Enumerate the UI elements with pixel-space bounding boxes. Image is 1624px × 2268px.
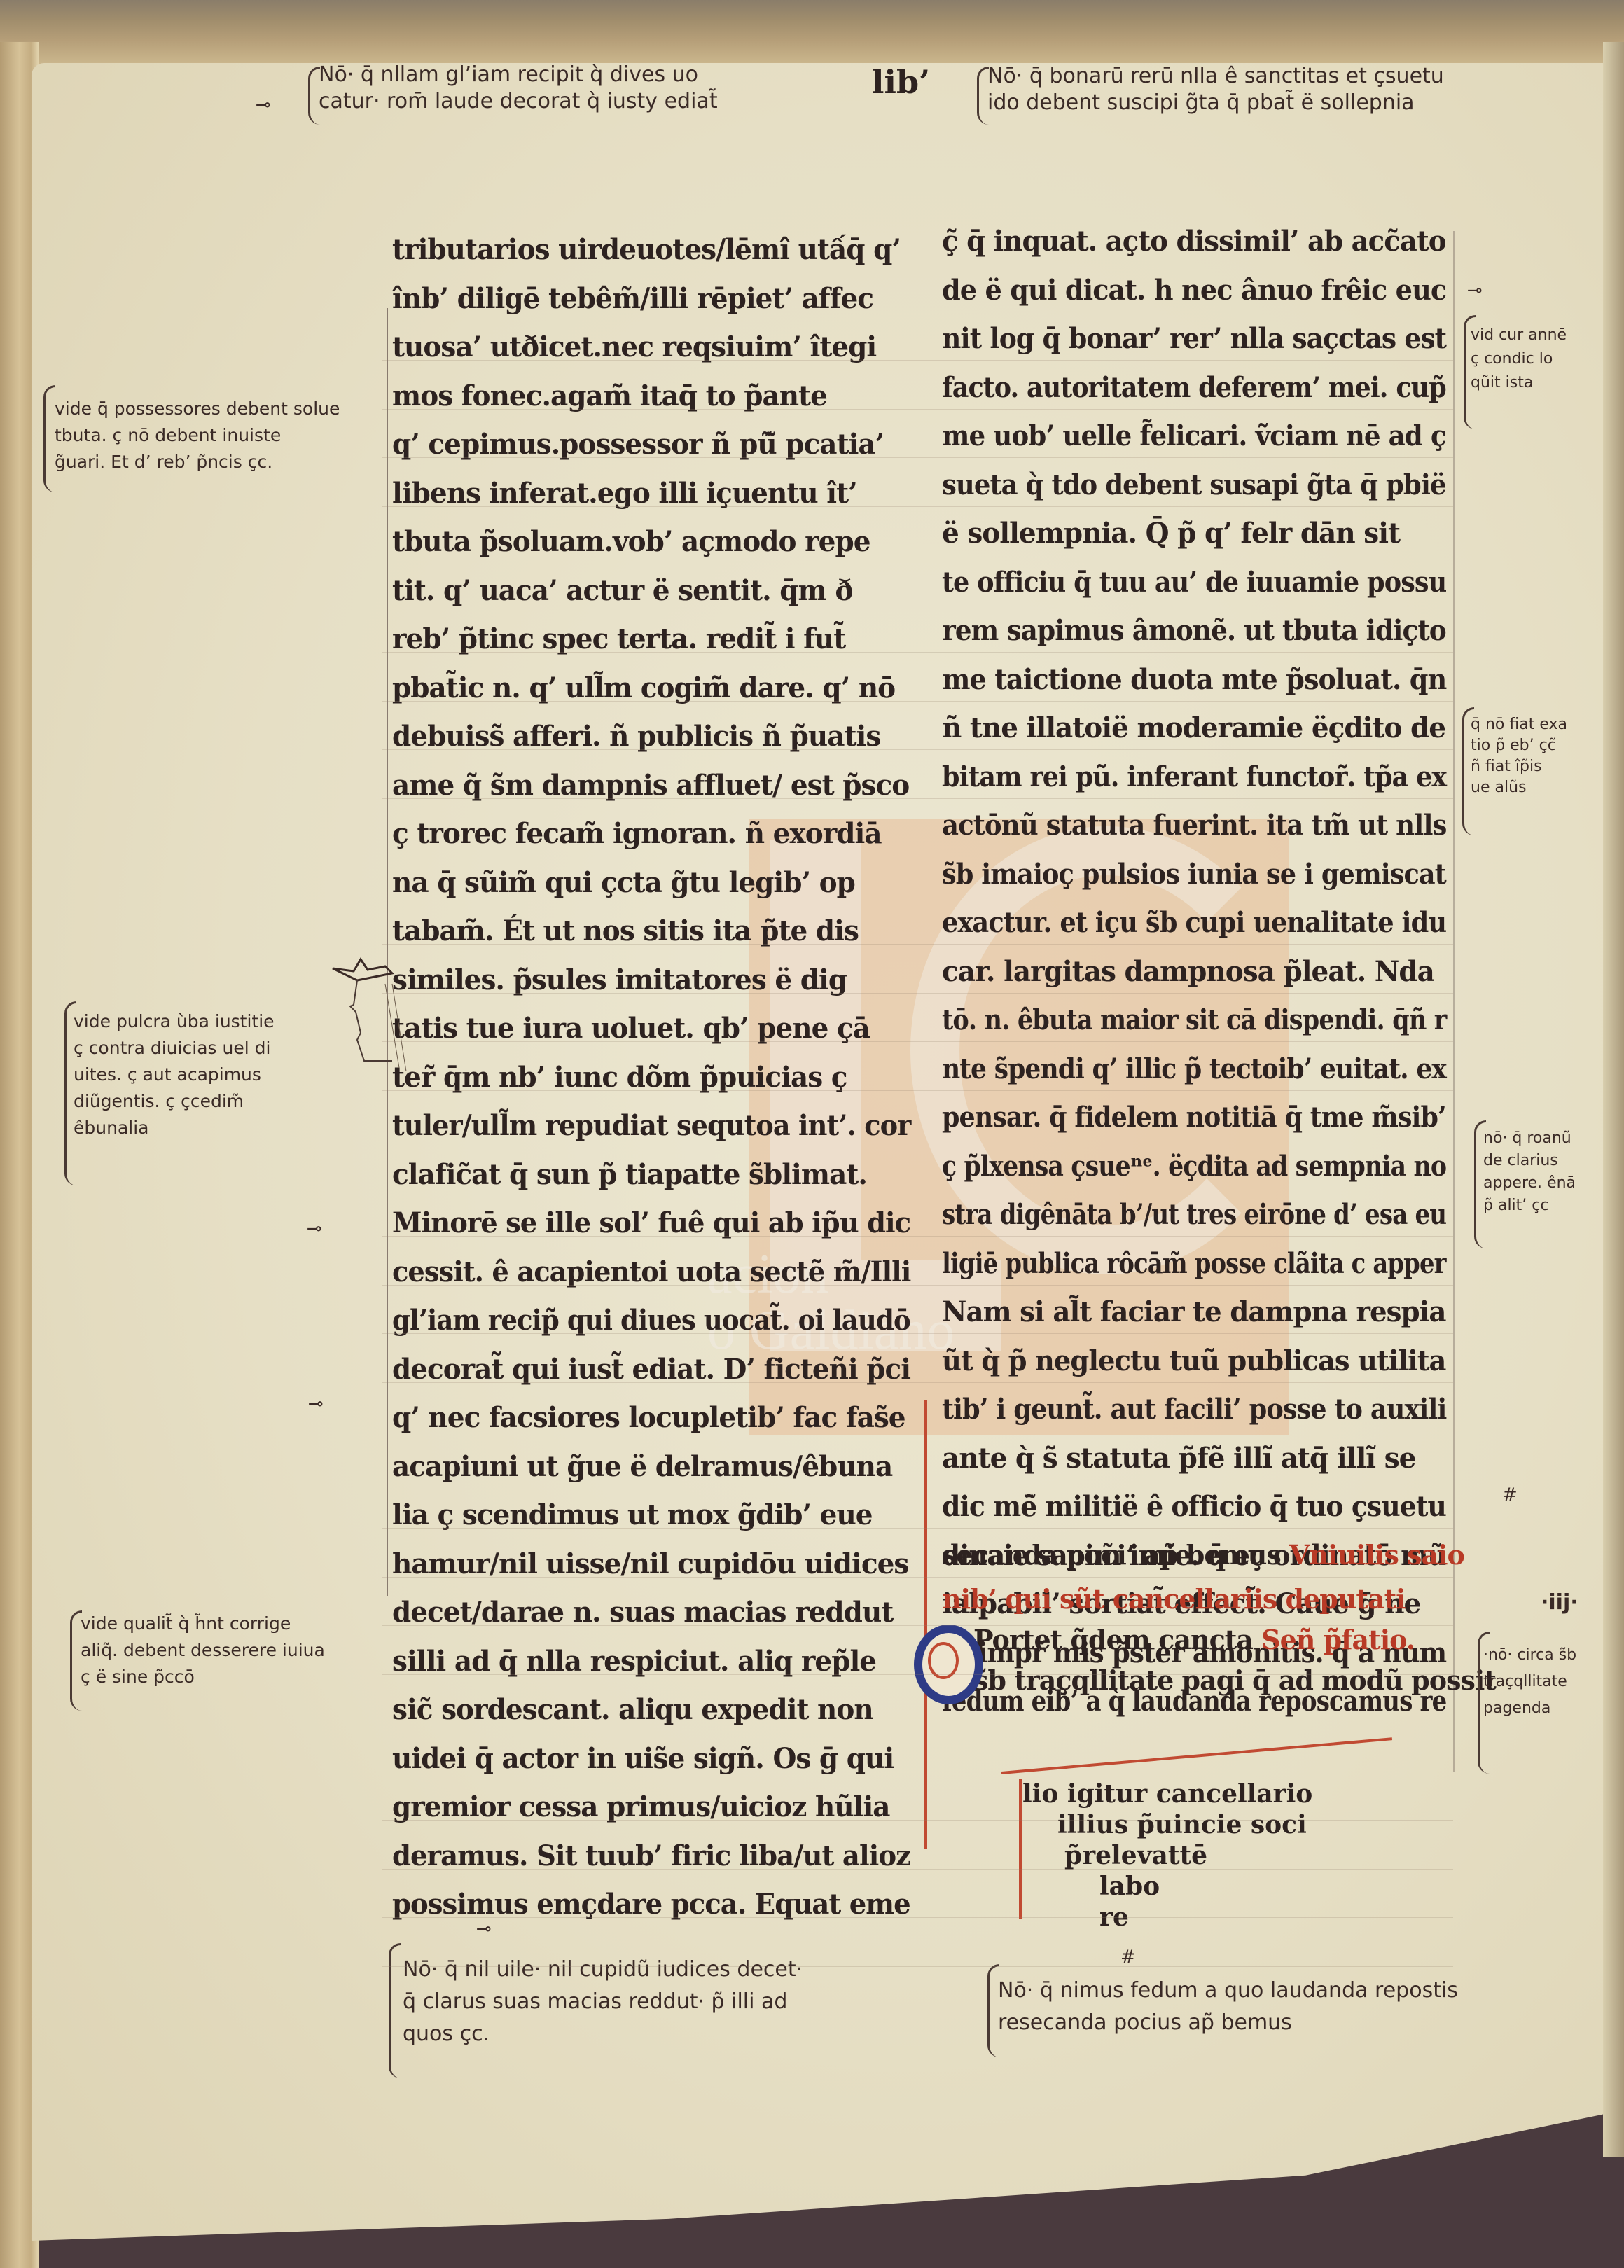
text-line: tributarios uirdeuotes/lēmî utấq̄ q’ — [392, 225, 910, 274]
text-line: gremior cessa primus/uicioz hũlia — [392, 1783, 910, 1832]
ruling-line — [382, 993, 1453, 994]
text-line: ter̃ q̄m nb’ iunc dõm p̃puicias ç — [392, 1053, 910, 1102]
text-line: ç̃ q̄ inquat. açto dissimil’ ab acc̃ato — [942, 217, 1443, 266]
pointer-mark: ⊸ — [476, 1919, 492, 1940]
text-line: ç p̃lxensa çsueⁿᵉ. ëçdita ad sempnia no — [942, 1142, 1392, 1191]
text-line: s̃b imaioç pulsios iunia se i gemiscat — [942, 850, 1417, 899]
ruling-line — [382, 798, 1453, 799]
crowned-head-sketch — [329, 956, 413, 1082]
text-line: possimus emçdare pcca. Equat eme — [392, 1880, 905, 1929]
margin-note-right-2: q̄ nō fiat exa tio p̃ eb’ çc̃ ñ fiat îp… — [1471, 714, 1567, 798]
text-line: decet/darae n. suas macias reddut — [392, 1588, 910, 1637]
text-line: pensar. q̄ fidelem notitiā q̄ tme m̃sib’ — [942, 1093, 1414, 1142]
text-line: rem sapimus âmonẽ. ut tbuta idiçto — [942, 606, 1427, 655]
ruling-line — [382, 749, 1453, 750]
top-note-right: Nō· q̄ bonarū rerū nlla ê sanctitas et ç… — [987, 63, 1444, 116]
ruling-line — [382, 555, 1453, 555]
text-line: hamur/nil uisse/nil cupidōu uidices — [392, 1540, 910, 1589]
text-line: reb’ p̃tinc spec terta. redit̃ i fut̃ — [392, 615, 910, 664]
ruling-line — [382, 1382, 1453, 1383]
text-line: dic mē̃ militië ê officio q̄ tuo çsuetu — [942, 1482, 1431, 1531]
text-line: ç trorec fecam̃ ignoran. ñ exordiā — [392, 809, 910, 858]
binding-edge-top — [0, 0, 1624, 67]
bottom-note-left: Nō· q̄ nil uile· nil cupidũ iudices dece… — [403, 1954, 803, 2050]
ruling-line — [382, 1674, 1453, 1675]
page-fore-edge — [1603, 42, 1624, 2157]
text-line: nte s̃pendi q’ illic p̃ tectoib’ euitat.… — [942, 1045, 1409, 1094]
pointer-mark: ⊸ — [307, 1218, 322, 1239]
text-line: ë sollempnia. Q̄ p̃ q’ felr dān sit — [942, 509, 1446, 558]
margin-note-right-1: vid cur annē ç condic lo qũit ista — [1471, 323, 1567, 395]
text-line: mos fonec.agam̃ itaq̄ to p̃ante — [392, 372, 910, 421]
text-line: tatis tue iura uoluet. qb’ pene çā — [392, 1004, 910, 1053]
bracket — [43, 385, 55, 492]
margin-note-right-4: ·nō· circa s̃b traçqllitate pagenda — [1483, 1642, 1576, 1722]
bracket — [308, 67, 320, 125]
ruling-line — [382, 1625, 1453, 1626]
text-line: te officiu q̄ tuu au’ de iuuamie possu — [942, 558, 1416, 607]
bracket — [977, 67, 989, 125]
ruling-line — [382, 1480, 1453, 1480]
margin-note-left-3: vide qualit̃ q̀ h̃nt corrige aliq̃. debe… — [81, 1610, 325, 1690]
ruling-line — [382, 701, 1453, 702]
pointer-mark: # — [1120, 1947, 1136, 1968]
rubric-block: secanda poci’ ap̃ bemus Vniuilis saio ni… — [942, 1531, 1474, 1701]
text-line: tib’ i geunt̃. aut facili’ posse to auxi… — [942, 1385, 1417, 1434]
text-line: deramus. Sit tuub’ firic liba/ut alioz — [392, 1832, 906, 1881]
pointer-mark: # — [1502, 1484, 1518, 1505]
ruling-line — [382, 896, 1453, 896]
ruling-line — [382, 360, 1453, 361]
ruling-line — [382, 1528, 1453, 1529]
ruling-line — [382, 1431, 1453, 1431]
text-line: clafic̃at q̄ sun p̃ tiapatte s̃blimat. — [392, 1150, 910, 1199]
text-line: Nam si al̃t faciar te dampna respia — [942, 1288, 1444, 1337]
text-line: ñ tne illatoië moderamie ëçdito de — [942, 704, 1446, 753]
text-line: ũt q̀ p̃ neglectu tuũ publicas utilita — [942, 1337, 1440, 1386]
ruling-line — [382, 1236, 1453, 1237]
text-line: tit. q’ uaca’ actur ë sentit. q̄m ð — [392, 566, 910, 615]
text-line: tbuta p̃soluam.vob’ açmodo repe — [392, 517, 910, 566]
ruling-line — [382, 944, 1453, 945]
text-line: me taictione duota mte p̃soluat. q̄n — [942, 655, 1438, 704]
text-line: ame q̃ s̃m dampnis affluet/ est p̃sco — [392, 761, 910, 810]
margin-note-left-1: vide q̄ possessores debent solue tbuta. … — [55, 396, 340, 475]
text-line: lia ç scendimus ut mox g̃dib’ eue — [392, 1491, 910, 1540]
ruling-line — [382, 409, 1453, 410]
text-line: exactur. et içu s̃b cupi uenalitate idu — [942, 898, 1418, 947]
pointer-mark: ⊸ — [308, 1393, 324, 1414]
ruling-line — [382, 1285, 1453, 1286]
ruling-line — [382, 1041, 1453, 1042]
margin-note-right-3: nō· q̄ roanũ de clarius appere. ênā p̃ … — [1483, 1127, 1576, 1217]
bracket — [389, 1943, 401, 2078]
text-line: uidei q̄ actor in uis̃e sigñ. Os ḡ qui — [392, 1734, 910, 1783]
ruling-line — [382, 1869, 1453, 1870]
text-line: tuosa’ utðicet.nec reqsiuim’ îtegi — [392, 323, 910, 372]
ruling-line — [382, 1917, 1453, 1918]
text-line: na q̄ sũim̃ qui çcta g̃tu legib’ op — [392, 858, 910, 907]
text-line: facto. autoritatem deferem’ mei. cup̃ — [942, 363, 1414, 412]
rubric-title: Vniuilis saio — [1289, 1539, 1464, 1571]
ruling-line — [382, 1188, 1453, 1188]
pointer-mark: ⊸ — [256, 95, 271, 116]
text-line: pbat̃ic n. q’ ull̃m cogim̃ dare. q’ nō — [392, 664, 910, 713]
text-line: de ë qui dicat. h nec ânuo frêic euc — [942, 266, 1438, 315]
ruling-line — [382, 1723, 1453, 1723]
text-line: actōnũ statuta fuerint. ita tm̃ ut nlls — [942, 801, 1422, 850]
running-header: lib’ — [872, 63, 930, 101]
text-line: nit log q̄ bonar’ rer’ nlla saçctas est — [942, 314, 1429, 363]
text-line: libens inferat.ego illi içuentu ît’ — [392, 469, 910, 518]
ruling-line — [382, 1577, 1453, 1578]
ruling-line — [382, 1139, 1453, 1139]
ruling-line — [382, 1966, 1453, 1967]
text-line: gl’iam recip̃ qui diues uocat̃. oi laudō — [392, 1296, 886, 1345]
text-line: me uob’ uelle f̃elicari. ṽciam nē ad ç — [942, 412, 1424, 461]
text-line: q’ cepimus.possessor ñ pũ̃ pcatia’ — [392, 420, 910, 469]
margin-note-left-2: vide pulcra ùba iustitie ç contra diuic… — [74, 1008, 275, 1141]
text-line: similes. p̃sules imitatores ë dig — [392, 956, 910, 1005]
initial-flourish-stem — [924, 1400, 927, 1849]
text-line: silli ad q̄ nlla respiciut. aliq rep̃le — [392, 1637, 910, 1686]
text-line: ante q̀ s̃ statuta p̃fẽ illĩ atq̄ illi… — [942, 1434, 1446, 1483]
text-line: înb’ diligē tebêm̃/illi rēpiet’ affec — [392, 274, 910, 323]
rubric-preface: Señ p̃fatio. — [1261, 1624, 1415, 1655]
ruling-line — [382, 652, 1453, 653]
ruling-line — [382, 1820, 1453, 1821]
text-line: tō. n. êbuta maior sit cā dispendi. q̄ñ… — [942, 996, 1396, 1045]
ruling-line — [382, 1090, 1453, 1091]
ruling-line — [382, 457, 1453, 458]
text-line: Minorē se ille sol’ fuê qui ab ip̃u dic — [392, 1199, 903, 1248]
top-note-left: Nō· q̄ nllam gl’iam recipit q̀ dives uo … — [319, 62, 718, 115]
ruling-line — [382, 312, 1453, 312]
column-rule-left — [387, 308, 388, 1596]
ruling-line — [382, 847, 1453, 847]
text-line: sic̃ sordescant. aliqu expedit non — [392, 1685, 910, 1734]
rubric-title-line-2: nib’ qui sũt cancellariis deputati — [942, 1579, 1474, 1620]
text-line: tuler/ull̃m repudiat sequtoa int’. cor — [392, 1101, 901, 1150]
text-line: acapiuni ut g̃ue ë delramus/êbuna — [392, 1442, 910, 1491]
text-line: decorat̃ qui iust̃ ediat. D’ ficteñi p̃… — [392, 1345, 910, 1394]
text-line: stra digênāta b’/ut tres eirōne d’ esa e… — [942, 1190, 1384, 1239]
pointer-mark: ⊸ — [1467, 280, 1483, 301]
ruling-line — [382, 263, 1453, 263]
text-line: cessit. ê acapientoi uota sectẽ m̃/Illi — [392, 1248, 903, 1297]
bottom-note-right: Nō· q̄ nimus fedum a quo laudanda repost… — [998, 1975, 1458, 2039]
ruling-line — [382, 604, 1453, 604]
text-line: sueta q̀ tdo debent susapi g̃ta q̄ pbië — [942, 461, 1421, 510]
text-line: bitam rei pũ. inferant functor̃. tp̃a ex — [942, 753, 1414, 802]
colophon-block: lio igitur cancellario illius p̃uincie s… — [1008, 1779, 1312, 1933]
text-column-right: ç̃ q̄ inquat. açto dissimil’ ab acc̃atod… — [942, 217, 1460, 1726]
text-line: ligiē publica rôcām̃ posse clãita c app… — [942, 1239, 1380, 1288]
ruling-line — [382, 1333, 1453, 1334]
ruling-line — [382, 1772, 1453, 1772]
ruling-line — [382, 506, 1453, 507]
section-numeral: ·iij· — [1541, 1589, 1578, 1616]
text-line: q’ nec facsiores locupletib’ fac fas̃e — [392, 1393, 910, 1442]
text-line: debuiss̃ afferi. ñ publicis ñ p̃uatis — [392, 712, 910, 761]
text-line: car. largitas dampnosa p̃leat. Nda — [942, 947, 1446, 996]
text-line: tabam̃. Ét ut nos sitis ita p̃te dis — [392, 907, 910, 956]
